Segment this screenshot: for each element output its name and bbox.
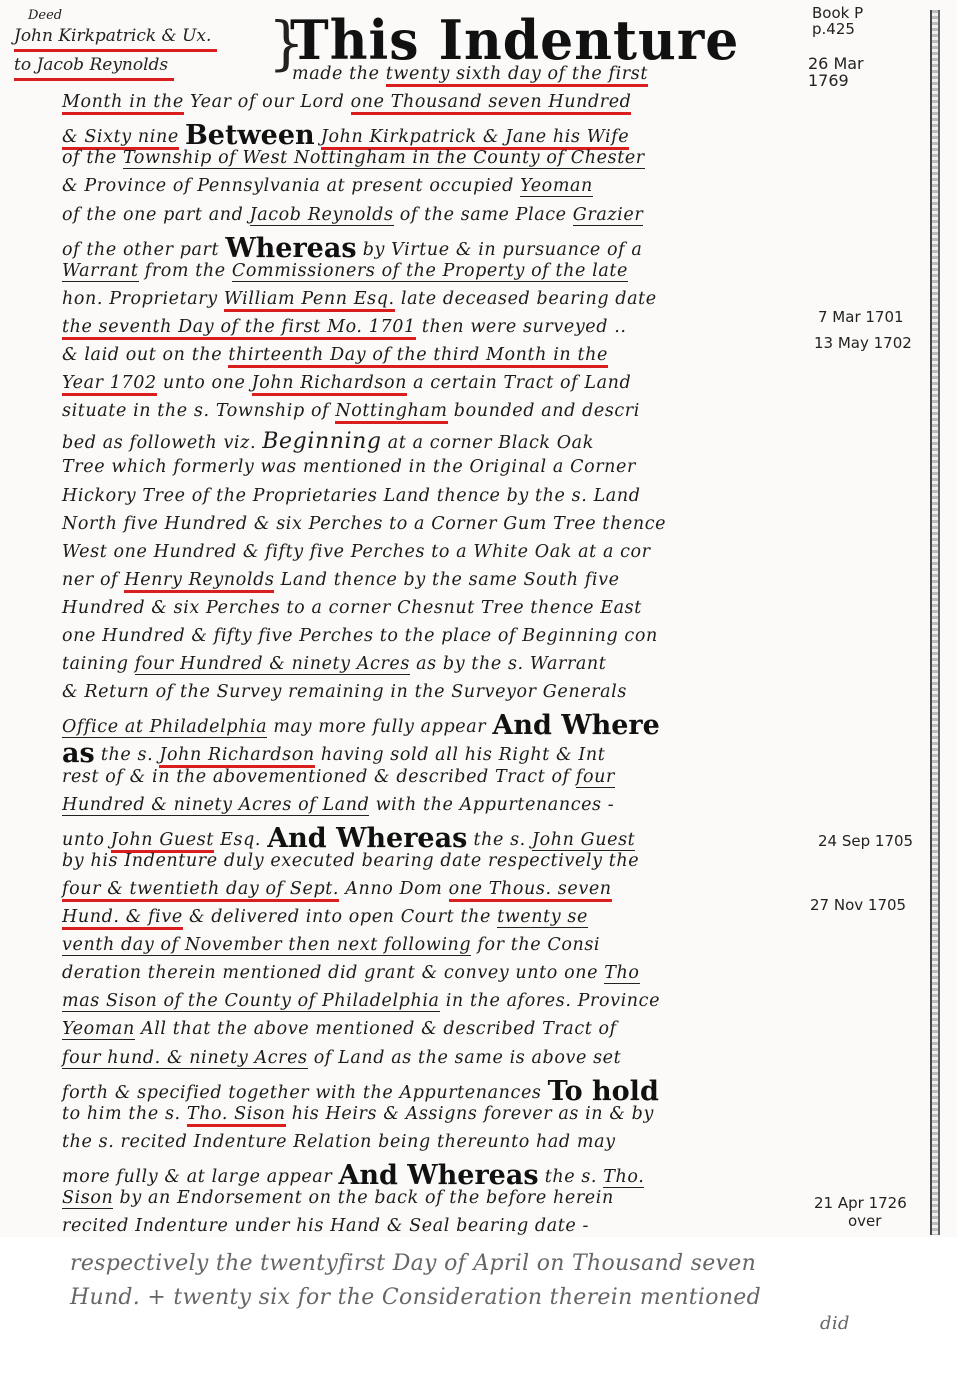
- deed-label: Deed: [28, 8, 274, 23]
- deed-text-line: venth day of November then next followin…: [62, 935, 600, 955]
- margin-book-ref: Book P p.425: [812, 6, 863, 38]
- text-segment: bounded and descri: [448, 401, 640, 421]
- highlighted-phrase: Tho. Sison: [187, 1104, 286, 1127]
- text-segment: Hundred & six Perches to a corner Chesnu…: [62, 598, 642, 618]
- text-segment: West one Hundred & fifty five Perches to…: [62, 542, 651, 562]
- deed-text-line: Yeoman All that the above mentioned & de…: [62, 1019, 617, 1039]
- highlighted-phrase: four & twentieth day of Sept.: [62, 879, 339, 902]
- margin-warrant-date: 7 Mar 1701: [818, 310, 904, 326]
- highlighted-phrase: twenty sixth day of the first: [386, 64, 648, 87]
- deed-caption: Deed John Kirkpatrick & Ux. to Jacob Rey…: [14, 8, 274, 81]
- text-segment: North five Hundred & six Perches to a Co…: [62, 514, 666, 534]
- text-segment: of the same Place: [394, 205, 573, 225]
- margin-court-date: 27 Nov 1705: [810, 898, 906, 914]
- underlined-phrase: Jacob Reynolds: [250, 205, 394, 226]
- underlined-phrase: four hund. & ninety Acres: [62, 1048, 308, 1069]
- text-segment: Anno Dom: [339, 879, 449, 899]
- deed-text-line: one Hundred & fifty five Perches to the …: [62, 626, 658, 646]
- deed-text-line: Warrant from the Commissioners of the Pr…: [62, 261, 628, 281]
- highlighted-phrase: thirteenth Day of the third Month in the: [228, 345, 608, 368]
- text-segment: to him the s.: [62, 1104, 187, 1124]
- highlighted-phrase: John Richardson: [252, 373, 407, 396]
- underlined-phrase: Office at Philadelphia: [62, 717, 267, 738]
- deed-text-line: deration therein mentioned did grant & c…: [62, 963, 640, 983]
- deed-text-line: by his Indenture duly executed bearing d…: [62, 851, 639, 871]
- underlined-phrase: Warrant: [62, 261, 139, 282]
- text-segment: forth & specified together with the Appu…: [62, 1083, 548, 1103]
- grantor-name: John Kirkpatrick & Ux.: [14, 23, 217, 52]
- deed-text-line: unto John Guest Esq. And Whereas the s. …: [62, 823, 635, 854]
- text-segment: unto: [62, 830, 111, 850]
- transcription-area: respectively the twentyfirst Day of Apri…: [0, 1237, 957, 1381]
- text-segment: of Land as the same is above set: [308, 1048, 622, 1068]
- deed-text-line: Tree which formerly was mentioned in the…: [62, 457, 636, 477]
- deed-text-line: Hundred & six Perches to a corner Chesnu…: [62, 598, 642, 618]
- transcription-line-1: respectively the twentyfirst Day of Apri…: [70, 1251, 756, 1276]
- highlighted-phrase: Henry Reynolds: [124, 570, 274, 593]
- text-segment: unto one: [157, 373, 252, 393]
- deed-text-line: of the one part and Jacob Reynolds of th…: [62, 205, 643, 225]
- deed-date-year: 1769: [808, 73, 864, 90]
- text-segment: recited Indenture under his Hand & Seal …: [62, 1216, 589, 1236]
- text-segment: one Hundred & fifty five Perches to the …: [62, 626, 658, 646]
- margin-survey-date: 13 May 1702: [814, 336, 912, 352]
- text-segment: late deceased bearing date: [395, 289, 657, 309]
- text-segment: hon. Proprietary: [62, 289, 224, 309]
- blackletter-heading: And Whereas: [267, 823, 467, 854]
- blackletter-heading: Whereas: [225, 233, 356, 264]
- deed-text-line: West one Hundred & fifty five Perches to…: [62, 542, 651, 562]
- text-segment: of the: [62, 148, 123, 168]
- text-segment: Tree which formerly was mentioned in the…: [62, 457, 636, 477]
- text-segment: of the other part: [62, 240, 225, 260]
- text-segment: from the: [139, 261, 232, 281]
- underlined-phrase: Sison: [62, 1188, 113, 1209]
- text-segment: more fully & at large appear: [62, 1167, 338, 1187]
- deed-text-line: ner of Henry Reynolds Land thence by the…: [62, 570, 620, 590]
- text-segment: ner of: [62, 570, 124, 590]
- margin-deed-date: 26 Mar 1769: [808, 56, 864, 90]
- highlighted-phrase: Nottingham: [335, 401, 447, 424]
- deed-page: Deed John Kirkpatrick & Ux. to Jacob Rey…: [0, 0, 957, 1237]
- text-segment: the s.: [539, 1167, 604, 1187]
- deed-text-line: Hickory Tree of the Proprietaries Land t…: [62, 486, 641, 506]
- deed-text-line: four & twentieth day of Sept. Anno Dom o…: [62, 879, 612, 899]
- deed-text-line: & Province of Pennsylvania at present oc…: [62, 176, 593, 196]
- underlined-phrase: Yeoman: [62, 1019, 135, 1040]
- deed-text-line: Hund. & five & delivered into open Court…: [62, 907, 588, 927]
- blackletter-heading: Between: [185, 120, 315, 151]
- text-segment: made the: [292, 64, 386, 84]
- text-segment: having sold all his Right & Int: [315, 745, 606, 765]
- deed-text-line: of the other part Whereas by Virtue & in…: [62, 233, 642, 264]
- deed-text-line: rest of & in the abovementioned & descri…: [62, 767, 615, 787]
- underlined-phrase: Township of West Nottingham in the Count…: [123, 148, 645, 169]
- underlined-phrase: Hundred & ninety Acres of Land: [62, 795, 369, 816]
- deed-text-line: of the Township of West Nottingham in th…: [62, 148, 645, 168]
- text-segment: [315, 127, 321, 147]
- highlighted-phrase: Year 1702: [62, 373, 157, 396]
- text-segment: the s.: [95, 745, 160, 765]
- text-segment: taining: [62, 654, 135, 674]
- underlined-phrase: twenty se: [497, 907, 588, 928]
- underlined-phrase: Tho: [604, 963, 639, 984]
- deed-text-line: mas Sison of the County of Philadelphia …: [62, 991, 660, 1011]
- deed-text-line: bed as followeth viz. Beginning at a cor…: [62, 429, 594, 454]
- text-segment: & Province of Pennsylvania at present oc…: [62, 176, 520, 196]
- deed-text-line: more fully & at large appear And Whereas…: [62, 1160, 644, 1191]
- highlighted-phrase: John Guest: [111, 830, 214, 853]
- text-segment: All that the above mentioned & described…: [135, 1019, 617, 1039]
- page-border-rule: [930, 10, 940, 1235]
- deed-text-line: to him the s. Tho. Sison his Heirs & Ass…: [62, 1104, 654, 1124]
- text-segment: for the Consi: [471, 935, 600, 955]
- page-ref: p.425: [812, 22, 863, 38]
- highlighted-phrase: & Sixty nine: [62, 127, 179, 150]
- text-segment: bed as followeth viz.: [62, 433, 262, 453]
- underlined-phrase: venth day of November then next followin…: [62, 935, 471, 956]
- underlined-phrase: John Guest: [532, 830, 635, 851]
- highlighted-phrase: John Kirkpatrick & Jane his Wife: [321, 127, 629, 150]
- text-segment: may more fully appear: [267, 717, 492, 737]
- deed-text-line: Month in the Year of our Lord one Thousa…: [62, 92, 631, 112]
- text-segment: in the afores. Province: [440, 991, 660, 1011]
- text-segment: of the one part and: [62, 205, 250, 225]
- blackletter-heading: And Where: [492, 710, 659, 741]
- deed-text-line: Hundred & ninety Acres of Land with the …: [62, 795, 614, 815]
- text-segment: then were surveyed ..: [416, 317, 627, 337]
- highlighted-phrase: one Thous. seven: [449, 879, 612, 902]
- underlined-phrase: Yeoman: [520, 176, 593, 197]
- deed-text-line: four hund. & ninety Acres of Land as the…: [62, 1048, 621, 1068]
- text-segment: at a corner Black Oak: [382, 433, 594, 453]
- text-segment: Land thence by the same South five: [274, 570, 619, 590]
- margin-over-note: over: [848, 1214, 881, 1230]
- text-segment: rest of & in the abovementioned & descri…: [62, 767, 576, 787]
- underlined-phrase: four Hundred & ninety Acres: [135, 654, 410, 675]
- deed-text-line: Office at Philadelphia may more fully ap…: [62, 710, 660, 741]
- text-segment: deration therein mentioned did grant & c…: [62, 963, 604, 983]
- deed-text-line: situate in the s. Township of Nottingham…: [62, 401, 640, 421]
- text-segment: by an Endorsement on the back of the bef…: [113, 1188, 613, 1208]
- deed-text-line: made the twenty sixth day of the first: [292, 64, 648, 84]
- deed-text-line: forth & specified together with the Appu…: [62, 1076, 659, 1107]
- deed-text-line: the seventh Day of the first Mo. 1701 th…: [62, 317, 627, 337]
- underlined-phrase: four: [576, 767, 615, 788]
- emphasized-word: Beginning: [262, 429, 381, 454]
- underlined-phrase: mas Sison of the County of Philadelphia: [62, 991, 440, 1012]
- deed-text-line: North five Hundred & six Perches to a Co…: [62, 514, 666, 534]
- highlighted-phrase: one Thousand seven Hundred: [351, 92, 632, 115]
- text-segment: the s.: [467, 830, 532, 850]
- text-segment: his Heirs & Assigns forever as in & by: [286, 1104, 654, 1124]
- text-segment: & laid out on the: [62, 345, 228, 365]
- underlined-phrase: Commissioners of the Property of the lat…: [232, 261, 628, 282]
- deed-text-line: & Return of the Survey remaining in the …: [62, 682, 627, 702]
- highlighted-phrase: John Richardson: [159, 745, 314, 768]
- margin-indenture-date: 24 Sep 1705: [818, 834, 913, 850]
- underlined-phrase: Grazier: [573, 205, 644, 226]
- text-segment: a certain Tract of Land: [407, 373, 631, 393]
- deed-text-line: Sison by an Endorsement on the back of t…: [62, 1188, 614, 1208]
- deed-text-line: taining four Hundred & ninety Acres as b…: [62, 654, 606, 674]
- text-segment: the s. recited Indenture Relation being …: [62, 1132, 616, 1152]
- text-segment: by his Indenture duly executed bearing d…: [62, 851, 639, 871]
- blackletter-heading: To hold: [548, 1076, 659, 1107]
- text-segment: as by the s. Warrant: [410, 654, 607, 674]
- text-segment: Esq.: [214, 830, 267, 850]
- highlighted-phrase: Hund. & five: [62, 907, 183, 930]
- grantee-name: to Jacob Reynolds: [14, 52, 174, 81]
- highlighted-phrase: Month in the: [62, 92, 184, 115]
- text-segment: with the Appurtenances -: [369, 795, 614, 815]
- text-segment: Hickory Tree of the Proprietaries Land t…: [62, 486, 641, 506]
- highlighted-phrase: William Penn Esq.: [224, 289, 395, 312]
- transcription-line-3: did: [820, 1313, 850, 1334]
- transcription-line-2: Hund. + twenty six for the Consideration…: [70, 1285, 761, 1310]
- deed-text-line: recited Indenture under his Hand & Seal …: [62, 1216, 589, 1236]
- deed-text-line: Year 1702 unto one John Richardson a cer…: [62, 373, 631, 393]
- blackletter-heading: as: [62, 738, 95, 769]
- text-segment: situate in the s. Township of: [62, 401, 335, 421]
- text-segment: & delivered into open Court the: [183, 907, 497, 927]
- blackletter-heading: And Whereas: [338, 1160, 538, 1191]
- deed-text-line: hon. Proprietary William Penn Esq. late …: [62, 289, 657, 309]
- deed-text-line: & laid out on the thirteenth Day of the …: [62, 345, 608, 365]
- deed-text-line: the s. recited Indenture Relation being …: [62, 1132, 616, 1152]
- text-segment: by Virtue & in pursuance of a: [357, 240, 643, 260]
- underlined-phrase: Tho.: [603, 1167, 644, 1188]
- deed-text-line: & Sixty nine Between John Kirkpatrick & …: [62, 120, 629, 151]
- highlighted-phrase: the seventh Day of the first Mo. 1701: [62, 317, 416, 340]
- text-segment: & Return of the Survey remaining in the …: [62, 682, 627, 702]
- margin-endorsement-date: 21 Apr 1726: [814, 1196, 907, 1212]
- deed-text-line: as the s. John Richardson having sold al…: [62, 738, 605, 769]
- document-title: This Indenture: [290, 8, 739, 72]
- text-segment: Year of our Lord: [184, 92, 351, 112]
